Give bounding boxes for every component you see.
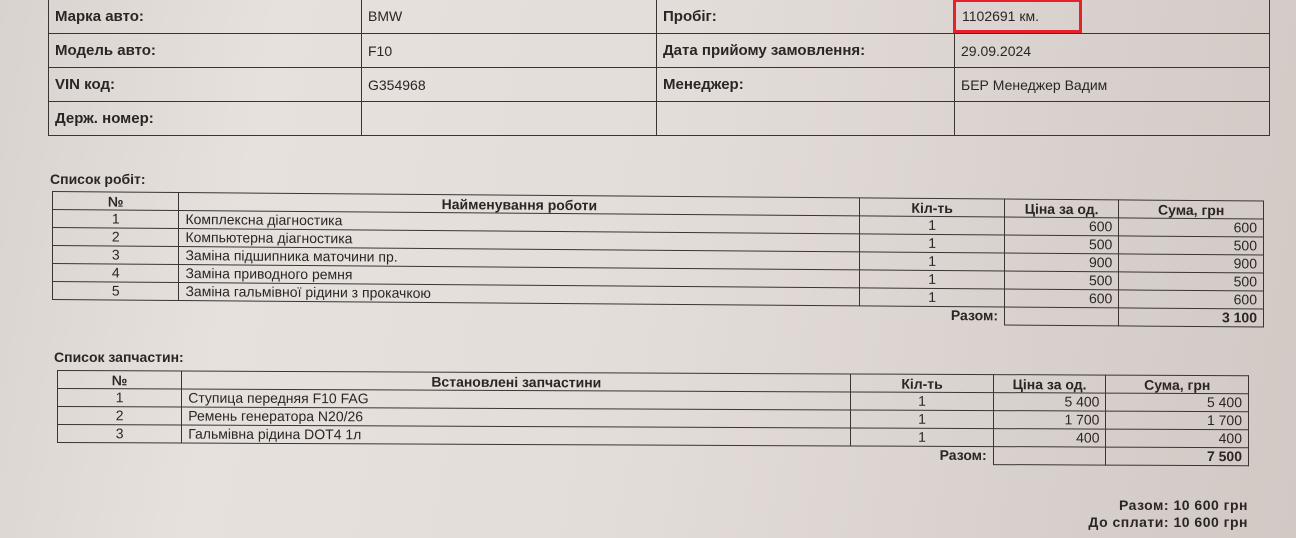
row-unit-price: 400: [993, 429, 1106, 447]
row-quantity: 1: [851, 392, 993, 411]
empty-label: [657, 102, 955, 136]
model-value: F10: [362, 34, 657, 68]
row-unit-price: 900: [1004, 253, 1118, 272]
row-unit-price: 1 700: [993, 411, 1106, 429]
row-unit-price: 500: [1004, 271, 1118, 290]
order-date-value: 29.09.2024: [955, 34, 1270, 68]
info-row: Марка авто: BMW Пробіг: 1102691 км.: [49, 0, 1270, 34]
row-sum: 600: [1119, 290, 1264, 309]
row-quantity: 1: [860, 270, 1005, 289]
col-number: №: [53, 192, 179, 211]
row-sum: 5 400: [1106, 393, 1249, 412]
row-quantity: 1: [851, 428, 993, 447]
model-label: Модель авто:: [49, 34, 362, 68]
works-table: № Найменування роботи Кіл-ть Ціна за од.…: [52, 191, 1264, 328]
row-sum: 500: [1119, 272, 1264, 291]
row-name: Ремень генератора N20/26: [182, 407, 851, 428]
total-row: Разом:7 500: [58, 443, 1249, 466]
amount-to-pay: До сплати: 10 600 грн: [1088, 514, 1248, 530]
info-row: Держ. номер:: [49, 102, 1270, 136]
col-unit-price: Ціна за од.: [1004, 199, 1118, 218]
empty-value: [955, 102, 1270, 136]
order-date-label: Дата прийому замовлення:: [657, 34, 955, 68]
total-spacer: [58, 443, 851, 464]
row-number: 3: [58, 425, 182, 444]
manager-label: Менеджер:: [657, 68, 955, 102]
row-name: Ступица передняя F10 FAG: [182, 389, 851, 410]
row-sum: 400: [1106, 429, 1249, 448]
row-number: 5: [53, 282, 179, 301]
row-quantity: 1: [860, 216, 1005, 235]
info-row: VIN код: G354968 Менеджер: БЕР Менеджер …: [49, 68, 1270, 102]
work-order-document: Марка авто: BMW Пробіг: 1102691 км. Моде…: [0, 0, 1296, 538]
row-number: 3: [53, 246, 179, 265]
vin-value: G354968: [362, 68, 657, 102]
col-quantity: Кіл-ть: [860, 198, 1005, 217]
info-row: Модель авто: F10 Дата прийому замовлення…: [49, 34, 1270, 68]
col-number: №: [58, 371, 182, 390]
mileage-label: Пробіг:: [657, 0, 955, 34]
vin-label: VIN код:: [49, 68, 362, 102]
mileage-highlight: 1102691 км.: [953, 0, 1082, 33]
total-empty-cell: [1004, 307, 1118, 326]
parts-body: 1Ступица передняя F10 FAG15 4005 4002Рем…: [58, 389, 1249, 466]
row-quantity: 1: [860, 234, 1005, 253]
works-section-title: Список робіт:: [50, 171, 146, 187]
total-label: Разом:: [860, 306, 1005, 325]
row-unit-price: 500: [1004, 235, 1118, 254]
total-label: Разом:: [851, 446, 993, 465]
row-sum: 500: [1119, 236, 1264, 255]
row-unit-price: 600: [1004, 217, 1118, 236]
works-body: 1Комплексна діагностика16006002Компьютер…: [53, 210, 1264, 328]
make-label: Марка авто:: [49, 0, 362, 34]
row-sum: 1 700: [1106, 411, 1249, 430]
col-sum: Сума, грн: [1106, 375, 1249, 394]
row-number: 2: [58, 407, 182, 426]
plate-label: Держ. номер:: [49, 102, 362, 136]
total-empty-cell: [993, 447, 1106, 465]
row-quantity: 1: [851, 410, 993, 429]
row-number: 4: [53, 264, 179, 283]
col-quantity: Кіл-ть: [851, 374, 993, 393]
manager-value: БЕР Менеджер Вадим: [955, 68, 1270, 102]
row-unit-price: 5 400: [993, 393, 1106, 411]
parts-table: № Встановлені запчастини Кіл-ть Ціна за …: [57, 370, 1249, 466]
grand-total: Разом: 10 600 грн: [1119, 497, 1248, 513]
col-sum: Сума, грн: [1119, 200, 1264, 219]
row-quantity: 1: [860, 288, 1005, 307]
make-value: BMW: [362, 0, 657, 34]
total-value: 7 500: [1106, 447, 1249, 466]
row-sum: 600: [1119, 218, 1264, 237]
row-number: 2: [53, 228, 179, 247]
mileage-cell: 1102691 км.: [955, 0, 1270, 34]
total-value: 3 100: [1119, 308, 1264, 327]
row-name: Гальмівна рідина DOT4 1л: [182, 425, 851, 446]
col-unit-price: Ціна за од.: [993, 375, 1106, 393]
plate-value: [362, 102, 657, 136]
row-quantity: 1: [860, 252, 1005, 271]
row-number: 1: [53, 210, 179, 229]
row-sum: 900: [1119, 254, 1264, 273]
row-number: 1: [58, 389, 182, 408]
row-unit-price: 600: [1004, 289, 1118, 308]
parts-section-title: Список запчастин:: [54, 349, 184, 365]
vehicle-info-table: Марка авто: BMW Пробіг: 1102691 км. Моде…: [48, 0, 1270, 136]
